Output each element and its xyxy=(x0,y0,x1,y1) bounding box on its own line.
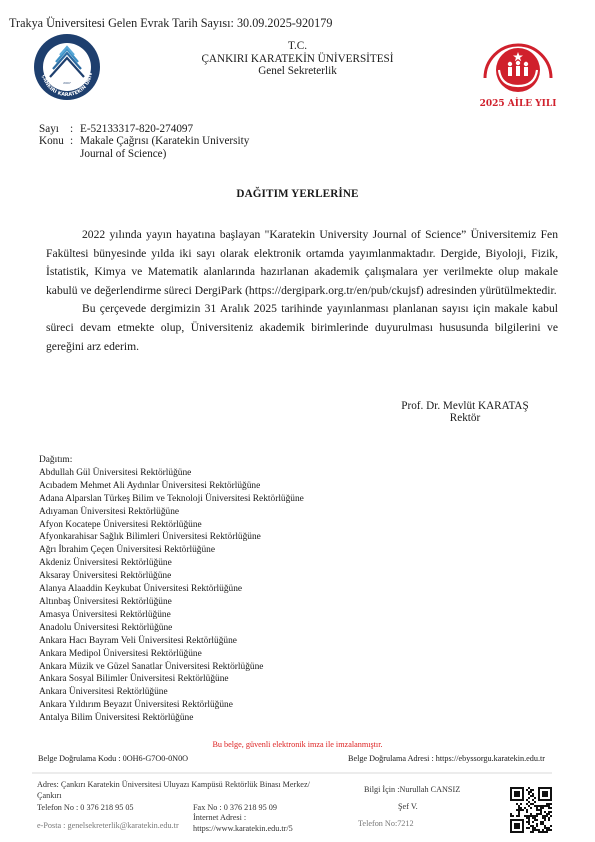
letter-body: 2022 yılında yayın hayatına başlayan "Ka… xyxy=(46,226,558,356)
university-seal-icon: 2007 ÇANKIRI KARATEKİN ÜNİVERSİTESİ xyxy=(33,33,101,101)
konu-value: Makale Çağrısı (Karatekin University Jou… xyxy=(80,135,260,160)
svg-text:2025 AİLE YILI: 2025 AİLE YILI xyxy=(480,96,557,109)
distribution-list: Dağıtım: Abdullah Gül Üniversitesi Rektö… xyxy=(39,454,304,725)
distribution-item: Antalya Bilim Üniversitesi Rektörlüğüne xyxy=(39,712,304,725)
sayi-value: E-52133317-820-274097 xyxy=(80,123,280,135)
distribution-item: Ankara Üniversitesi Rektörlüğüne xyxy=(39,686,304,699)
distribution-item: Anadolu Üniversitesi Rektörlüğüne xyxy=(39,622,304,635)
sayi-separator: : xyxy=(70,123,80,135)
distribution-item: Ankara Müzik ve Güzel Sanatlar Üniversit… xyxy=(39,661,304,674)
verification-address-link[interactable]: https://ebyssorgu.karatekin.edu.tr xyxy=(436,754,545,763)
incoming-document-stamp: Trakya Üniversitesi Gelen Evrak Tarih Sa… xyxy=(9,16,332,31)
distribution-item: Ankara Sosyal Bilimler Üniversitesi Rekt… xyxy=(39,673,304,686)
footer-info-phone: Telefon No:7212 xyxy=(358,818,414,829)
footer-info-title: Şef V. xyxy=(398,801,418,812)
verification-code-value: 0OH6-G7O0-0N0O xyxy=(123,754,189,763)
distribution-item: Adıyaman Üniversitesi Rektörlüğüne xyxy=(39,506,304,519)
distribution-item: Ankara Medipol Üniversitesi Rektörlüğüne xyxy=(39,648,304,661)
verification-address-label: Belge Doğrulama Adresi : xyxy=(348,754,434,763)
distribution-item: Ağrı İbrahim Çeçen Üniversitesi Rektörlü… xyxy=(39,544,304,557)
distribution-item: Afyon Kocatepe Üniversitesi Rektörlüğüne xyxy=(39,519,304,532)
footer-web-label: İnternet Adresi : xyxy=(193,812,246,823)
footer-email[interactable]: e-Posta : genelsekreterlik@karatekin.edu… xyxy=(37,820,179,831)
distribution-item: Alanya Alaaddin Keykubat Üniversitesi Re… xyxy=(39,583,304,596)
footer-address-line1: Adres: Çankırı Karatekin Üniversitesi Ul… xyxy=(37,779,310,790)
distribution-item: Adana Alparslan Türkeş Bilim ve Teknoloj… xyxy=(39,493,304,506)
sayi-label: Sayı xyxy=(39,123,70,135)
body-paragraph-2: Bu çerçevede dergimizin 31 Aralık 2025 t… xyxy=(46,300,558,356)
distribution-item: Aksaray Üniversitesi Rektörlüğüne xyxy=(39,570,304,583)
footer-web-link[interactable]: https://www.karatekin.edu.tr/5 xyxy=(193,823,293,834)
addressee-title: DAĞITIM YERLERİNE xyxy=(0,188,595,200)
footer-web-url[interactable]: https://www.karatekin.edu.tr xyxy=(193,824,286,833)
footer-info-contact: Bilgi İçin :Nurullah CANSIZ xyxy=(364,784,460,795)
distribution-item: Abdullah Gül Üniversitesi Rektörlüğüne xyxy=(39,467,304,480)
distribution-item: Ankara Hacı Bayram Veli Üniversitesi Rek… xyxy=(39,635,304,648)
konu-separator: : xyxy=(70,135,80,160)
verification-code: Belge Doğrulama Kodu : 0OH6-G7O0-0N0O xyxy=(38,754,188,763)
verification-address: Belge Doğrulama Adresi : https://ebyssor… xyxy=(348,754,545,763)
distribution-label: Dağıtım: xyxy=(39,454,304,467)
e-signature-notice: Bu belge, güvenli elektronik imza ile im… xyxy=(0,740,595,749)
signature-block: Prof. Dr. Mevlüt KARATAŞ Rektör xyxy=(380,400,550,424)
distribution-item: Altınbaş Üniversitesi Rektörlüğüne xyxy=(39,596,304,609)
sayi-row: Sayı : E-52133317-820-274097 xyxy=(39,123,280,135)
konu-row: Konu : Makale Çağrısı (Karatekin Univers… xyxy=(39,135,280,160)
body-paragraph-1: 2022 yılında yayın hayatına başlayan "Ka… xyxy=(46,226,558,300)
page-mark: /5 xyxy=(286,824,292,833)
distribution-item: Afyonkarahisar Sağlık Bilimleri Üniversi… xyxy=(39,531,304,544)
letterhead: T.C. ÇANKIRI KARATEKİN ÜNİVERSİTESİ Gene… xyxy=(150,40,445,78)
family-year-emblem-icon: 2025 AİLE YILI xyxy=(477,30,559,110)
distribution-item: Ankara Yıldırım Beyazıt Üniversitesi Rek… xyxy=(39,699,304,712)
qr-code-icon xyxy=(510,787,552,833)
signatory-title: Rektör xyxy=(380,412,550,424)
letterhead-country: T.C. xyxy=(150,40,445,53)
distribution-item: Acıbadem Mehmet Ali Aydınlar Üniversites… xyxy=(39,480,304,493)
footer-phone: Telefon No : 0 376 218 95 05 xyxy=(37,802,134,813)
footer-address-line2: Çankırı xyxy=(37,790,62,801)
letterhead-institution: ÇANKIRI KARATEKİN ÜNİVERSİTESİ xyxy=(150,53,445,66)
signatory-name: Prof. Dr. Mevlüt KARATAŞ xyxy=(380,400,550,412)
distribution-item: Akdeniz Üniversitesi Rektörlüğüne xyxy=(39,557,304,570)
document-meta: Sayı : E-52133317-820-274097 Konu : Maka… xyxy=(39,123,280,160)
konu-label: Konu xyxy=(39,135,70,160)
footer-divider xyxy=(32,772,552,774)
letterhead-department: Genel Sekreterlik xyxy=(150,65,445,78)
verification-code-label: Belge Doğrulama Kodu : xyxy=(38,754,121,763)
svg-text:2007: 2007 xyxy=(63,81,71,85)
distribution-item: Amasya Üniversitesi Rektörlüğüne xyxy=(39,609,304,622)
